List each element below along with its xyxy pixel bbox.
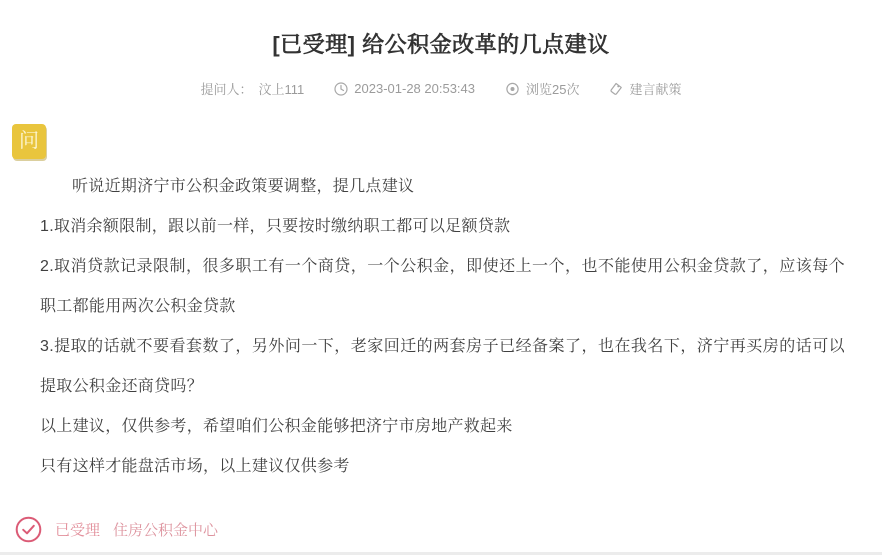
status-row: 已受理 住房公积金中心 <box>15 516 218 543</box>
page-title: [已受理] 给公积金改革的几点建议 <box>0 0 882 59</box>
datetime-text: 2023-01-28 20:53:43 <box>354 81 475 96</box>
meta-asker: 提问人：汶上111 <box>201 79 305 98</box>
question-paragraph: 2.取消贷款记录限制，很多职工有一个商贷，一个公积金，即使还上一个，也不能使用公… <box>40 247 845 327</box>
category-text: 建言献策 <box>629 79 681 98</box>
eye-icon <box>505 82 520 96</box>
question-paragraph: 听说近期济宁市公积金政策要调整，提几点建议 <box>40 167 845 207</box>
meta-datetime: 2023-01-28 20:53:43 <box>334 81 475 96</box>
status-department: 住房公积金中心 <box>113 519 218 540</box>
question-content: 听说近期济宁市公积金政策要调整，提几点建议 1.取消余额限制，跟以前一样，只要按… <box>0 159 882 487</box>
clock-icon <box>334 82 348 96</box>
question-badge: 问 <box>12 124 46 159</box>
tag-icon <box>609 82 623 96</box>
meta-row: 提问人：汶上111 2023-01-28 20:53:43 浏览25次 <box>0 79 882 98</box>
asker-label: 提问人： <box>201 79 253 98</box>
meta-category[interactable]: 建言献策 <box>609 79 681 98</box>
status-badge: 已受理 <box>55 519 100 540</box>
question-detail-page: [已受理] 给公积金改革的几点建议 提问人：汶上111 2023-01-28 2… <box>0 0 882 555</box>
question-paragraph: 以上建议，仅供参考，希望咱们公积金能够把济宁市房地产救起来 <box>40 407 845 447</box>
question-paragraph: 3.提取的话就不要看套数了，另外问一下，老家回迁的两套房子已经备案了，也在我名下… <box>40 327 845 407</box>
question-paragraph: 只有这样才能盘活市场，以上建议仅供参考 <box>40 447 845 487</box>
check-circle-icon <box>15 516 42 543</box>
asker-name: 汶上111 <box>259 79 305 98</box>
views-text: 浏览25次 <box>526 79 579 98</box>
meta-views: 浏览25次 <box>505 79 579 98</box>
question-paragraph: 1.取消余额限制，跟以前一样，只要按时缴纳职工都可以足额贷款 <box>40 207 845 247</box>
